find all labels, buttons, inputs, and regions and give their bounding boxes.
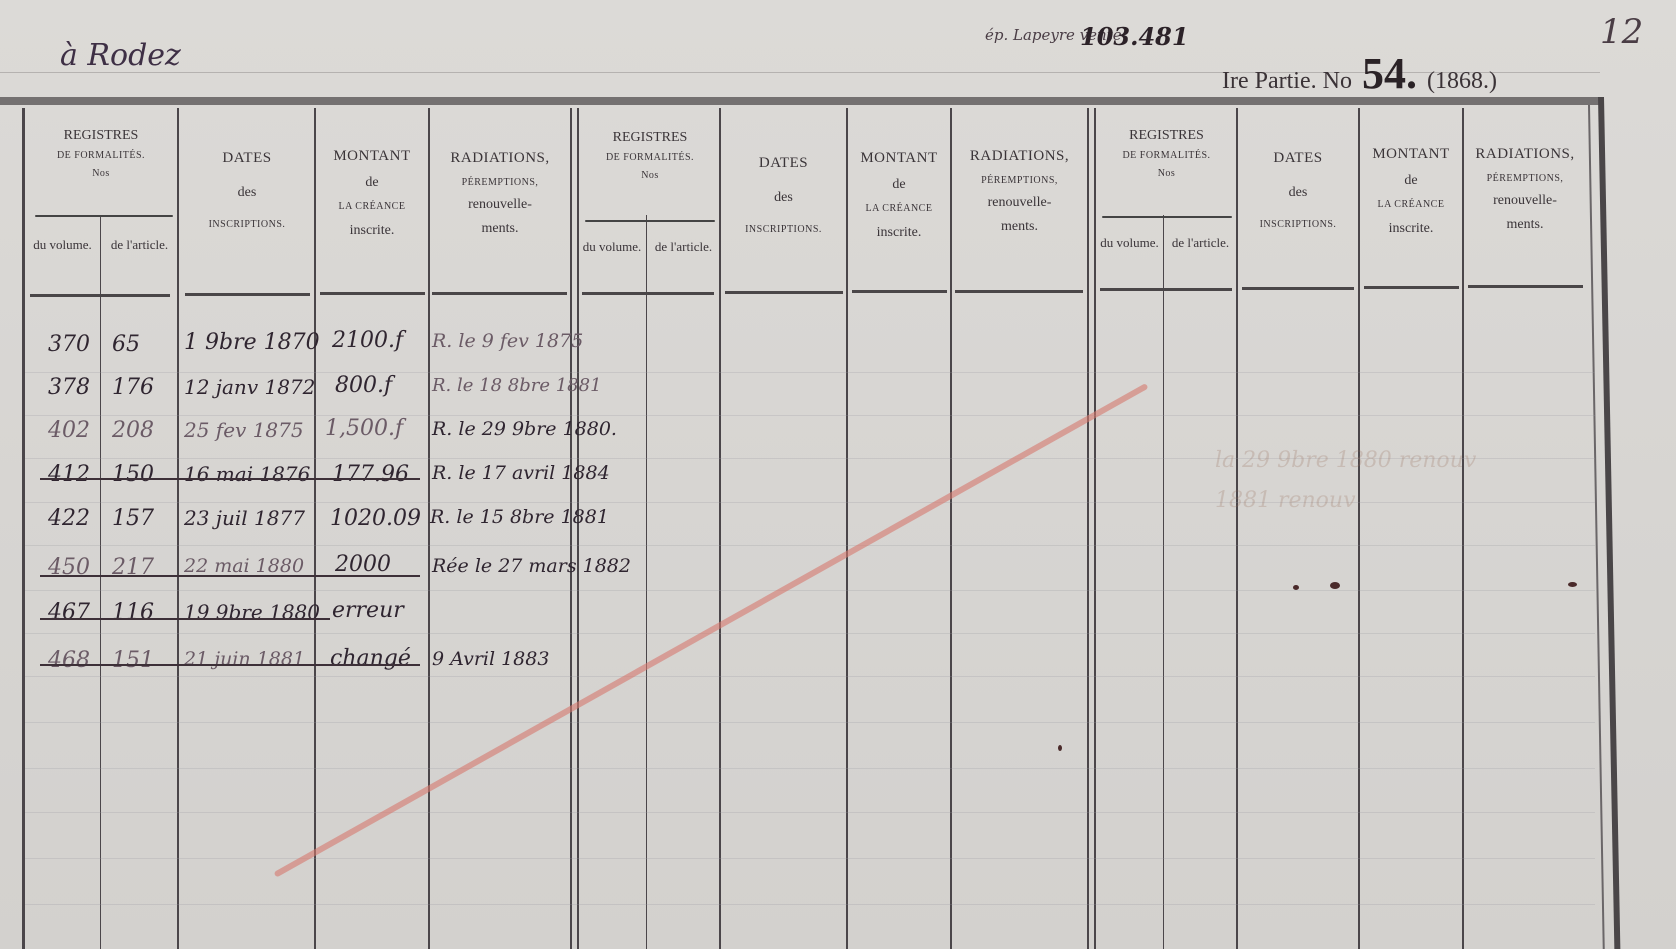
- header-text: MONTANT: [1360, 146, 1462, 163]
- ruled-line: [25, 904, 1595, 905]
- header-text: DE FORMALITÉS.: [580, 152, 720, 164]
- header-text: MONTANT: [848, 150, 950, 167]
- header-brace: [1102, 216, 1232, 218]
- header-text: LA CRÉANCE: [1360, 199, 1462, 211]
- ruled-line: [25, 545, 1595, 546]
- entry-date: 25 fev 1875: [184, 418, 304, 442]
- header-text: DE FORMALITÉS.: [25, 150, 177, 162]
- entry-date: 16 mai 1876: [184, 462, 310, 486]
- ruled-line: [25, 633, 1595, 634]
- header-underline: [852, 290, 947, 293]
- header-underline: [30, 294, 170, 297]
- entry-volume: 412: [48, 462, 90, 487]
- header-brace: [35, 215, 173, 217]
- entry-article: 208: [112, 418, 154, 443]
- entry-radiation: R. le 17 avril 1884: [432, 462, 610, 484]
- location-note: à Rodez: [60, 38, 181, 73]
- column-rule: [1163, 215, 1164, 949]
- header-brace: [585, 220, 715, 222]
- entry-radiation: R. le 15 8bre 1881: [430, 506, 609, 528]
- header-underline: [1242, 287, 1354, 290]
- entry-montant: erreur: [332, 598, 404, 623]
- header-montant: MONTANT de LA CRÉANCE inscrite.: [1360, 146, 1462, 237]
- header-text: RADIATIONS,: [952, 148, 1087, 165]
- header-text: inscrite.: [316, 223, 428, 239]
- entry-article: 176: [112, 375, 154, 400]
- entry-date: 19 9bre 1880: [184, 600, 320, 624]
- partie-number: 54.: [1362, 48, 1417, 99]
- header-text: PÉREMPTIONS,: [430, 177, 570, 189]
- entry-montant: 1,500.f: [325, 416, 403, 441]
- header-text: PÉREMPTIONS,: [952, 175, 1087, 187]
- register-page: à Rodez ép. Lapeyre vente 103.481 12 Ire…: [0, 0, 1676, 949]
- year: (1868.): [1427, 68, 1497, 95]
- header-text: de: [1360, 173, 1462, 189]
- entry-article: 65: [112, 332, 140, 357]
- column-rule: [100, 215, 101, 949]
- entry-montant: 1020.09: [330, 506, 421, 531]
- entry-date: 23 juil 1877: [184, 506, 305, 530]
- header-registres: REGISTRES DE FORMALITÉS. Nos: [25, 128, 177, 179]
- strikethrough: [40, 618, 330, 620]
- header-text: Nos: [580, 170, 720, 182]
- bleed-through-text: la 29 9bre 1880 renouv: [1215, 448, 1476, 473]
- header-text: des: [180, 185, 314, 201]
- header-dates: DATES des INSCRIPTIONS.: [1238, 150, 1358, 231]
- header-text: DATES: [721, 155, 846, 172]
- header-dates: DATES des INSCRIPTIONS.: [180, 150, 314, 231]
- column-rule: [1462, 108, 1464, 949]
- partie-label: Ire Partie. No: [1222, 68, 1352, 95]
- entry-montant: 177.96: [332, 462, 409, 487]
- entry-radiation: R. le 29 9bre 1880.: [432, 418, 617, 440]
- header-underline: [582, 292, 714, 295]
- header-montant: MONTANT de LA CRÉANCE inscrite.: [316, 148, 428, 239]
- header-volume: du volume.: [1096, 236, 1163, 251]
- partie-heading: Ire Partie. No 54. (1868.): [1222, 48, 1497, 99]
- entry-volume: 378: [48, 375, 90, 400]
- header-text: des: [1238, 185, 1358, 201]
- header-underline: [955, 290, 1083, 293]
- header-text: RADIATIONS,: [430, 150, 570, 167]
- ruled-line: [25, 768, 1595, 769]
- header-text: RADIATIONS,: [1464, 146, 1586, 163]
- entry-montant: 2100.f: [332, 328, 403, 353]
- ink-spot: [1330, 582, 1340, 589]
- column-rule: [646, 215, 647, 949]
- column-rule: [1236, 108, 1238, 949]
- header-text: DATES: [1238, 150, 1358, 167]
- header-text: MONTANT: [316, 148, 428, 165]
- header-text: inscrite.: [1360, 221, 1462, 237]
- ruled-line: [25, 812, 1595, 813]
- entry-montant: changé: [330, 646, 411, 671]
- entry-article: 150: [112, 462, 154, 487]
- header-article: de l'article.: [1165, 236, 1236, 251]
- header-text: LA CRÉANCE: [848, 203, 950, 215]
- header-underline: [185, 293, 310, 296]
- top-number: 103.481: [1080, 22, 1189, 51]
- ruled-line: [25, 372, 1595, 373]
- header-article: de l'article.: [648, 240, 719, 255]
- header-text: ments.: [1464, 217, 1586, 233]
- header-text: renouvelle-: [952, 195, 1087, 211]
- entry-volume: 468: [48, 648, 90, 673]
- header-article: de l'article.: [102, 238, 177, 253]
- header-volume: du volume.: [25, 238, 100, 253]
- header-text: Nos: [1097, 168, 1236, 180]
- entry-radiation: R. le 9 fev 1875: [432, 330, 583, 352]
- entry-radiation: 9 Avril 1883: [432, 648, 549, 670]
- header-text: DATES: [180, 150, 314, 167]
- header-montant: MONTANT de LA CRÉANCE inscrite.: [848, 150, 950, 241]
- table-top-border: [0, 97, 1600, 105]
- ruled-line: [25, 858, 1595, 859]
- bleed-through-text: 1881 renouv: [1215, 488, 1356, 513]
- column-rule: [570, 108, 572, 949]
- column-rule: [22, 108, 25, 949]
- header-text: REGISTRES: [25, 128, 177, 144]
- ink-spot: [1568, 582, 1577, 587]
- ruled-line: [25, 722, 1595, 723]
- column-rule: [1094, 108, 1096, 949]
- ruled-line: [25, 415, 1595, 416]
- entry-radiation: Rée le 27 mars 1882: [432, 555, 631, 577]
- header-text: INSCRIPTIONS.: [1238, 219, 1358, 231]
- entry-montant: 2000: [335, 552, 391, 577]
- header-text: DE FORMALITÉS.: [1097, 150, 1236, 162]
- header-text: inscrite.: [848, 225, 950, 241]
- entry-date: 21 juin 1881: [184, 648, 305, 670]
- header-text: Nos: [25, 168, 177, 180]
- header-text: de: [316, 175, 428, 191]
- header-text: INSCRIPTIONS.: [180, 219, 314, 231]
- header-text: PÉREMPTIONS,: [1464, 173, 1586, 185]
- entry-volume: 422: [48, 506, 90, 531]
- entry-article: 157: [112, 506, 154, 531]
- header-radiations: RADIATIONS, PÉREMPTIONS, renouvelle- men…: [952, 148, 1087, 235]
- column-rule: [1087, 108, 1089, 949]
- column-rule: [577, 108, 579, 949]
- ink-spot: [1293, 585, 1299, 590]
- entry-montant: 800.f: [335, 373, 392, 398]
- entry-volume: 370: [48, 332, 90, 357]
- entry-date: 22 mai 1880: [184, 555, 304, 577]
- header-underline: [1468, 285, 1583, 288]
- entry-volume: 402: [48, 418, 90, 443]
- entry-date: 1 9bre 1870: [184, 330, 320, 355]
- header-underline: [320, 292, 425, 295]
- header-text: INSCRIPTIONS.: [721, 224, 846, 236]
- strikethrough: [40, 478, 420, 480]
- header-underline: [725, 291, 843, 294]
- header-text: renouvelle-: [430, 197, 570, 213]
- header-underline: [1364, 286, 1459, 289]
- header-registres: REGISTRES DE FORMALITÉS. Nos: [1097, 128, 1236, 179]
- header-dates: DATES des INSCRIPTIONS.: [721, 155, 846, 236]
- header-radiations: RADIATIONS, PÉREMPTIONS, renouvelle- men…: [1464, 146, 1586, 233]
- strikethrough: [40, 575, 420, 577]
- ink-spot: [1058, 745, 1062, 751]
- header-text: renouvelle-: [1464, 193, 1586, 209]
- header-text: ments.: [430, 221, 570, 237]
- header-radiations: RADIATIONS, PÉREMPTIONS, renouvelle- men…: [430, 150, 570, 237]
- header-text: REGISTRES: [580, 130, 720, 146]
- header-text: des: [721, 190, 846, 206]
- ruled-line: [25, 676, 1595, 677]
- entry-date: 12 janv 1872: [184, 375, 315, 399]
- header-volume: du volume.: [578, 240, 646, 255]
- header-text: LA CRÉANCE: [316, 201, 428, 213]
- ruled-line: [25, 590, 1595, 591]
- strikethrough: [40, 664, 420, 666]
- header-underline: [432, 292, 567, 295]
- ruled-line: [25, 502, 1595, 503]
- header-text: ments.: [952, 219, 1087, 235]
- header-text: de: [848, 177, 950, 193]
- header-registres: REGISTRES DE FORMALITÉS. Nos: [580, 130, 720, 181]
- column-rule: [177, 108, 179, 949]
- entry-article: 116: [112, 600, 154, 625]
- entry-radiation: R. le 18 8bre 1881: [432, 375, 602, 396]
- page-reference: 12: [1600, 12, 1643, 52]
- header-text: REGISTRES: [1097, 128, 1236, 144]
- entry-article: 151: [112, 648, 154, 673]
- header-underline: [1100, 288, 1232, 291]
- entry-volume: 467: [48, 600, 90, 625]
